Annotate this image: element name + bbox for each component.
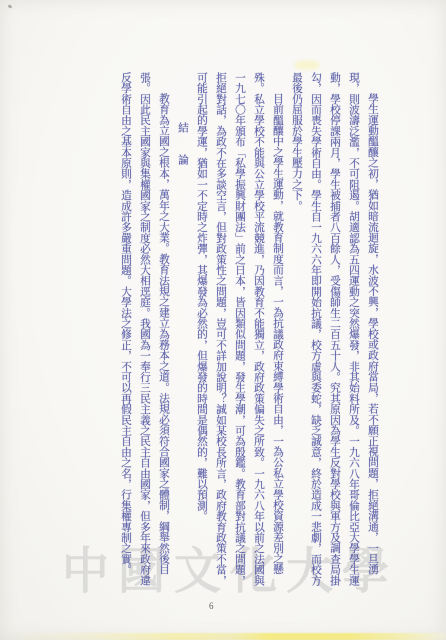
vertical-text-body: 學生運動醞釀之初，猶如暗流迴旋，水波不興，學校或政府當局，若不願正視問題，拒絕溝…	[116, 72, 382, 589]
scan-artifact-smudge	[294, 60, 320, 70]
section-heading-conclusion: 結 論	[173, 72, 192, 589]
scanned-document-page: 中國文化大學 學生運動醞釀之初，猶如暗流迴旋，水波不興，學校或政府當局，若不願正…	[0, 0, 446, 640]
scan-artifact-yellow-band	[0, 633, 446, 640]
paragraph-student-movement: 學生運動醞釀之初，猶如暗流迴旋，水波不興，學校或政府當局，若不願正視問題，拒絕溝…	[287, 72, 382, 589]
paragraph-conclusion: 教育為立國之根本，萬年之大業。教育法規之建立為務本之道。法規必須符合國家之體制，…	[116, 72, 173, 589]
page-number: 6	[209, 601, 214, 611]
paragraph-current-movement: 目前醞釀中之學生運動，就教育制度而言，一為抗議政府束縛學術自由，一為公私立學校資…	[192, 72, 287, 589]
scan-artifact-speck	[8, 4, 13, 9]
